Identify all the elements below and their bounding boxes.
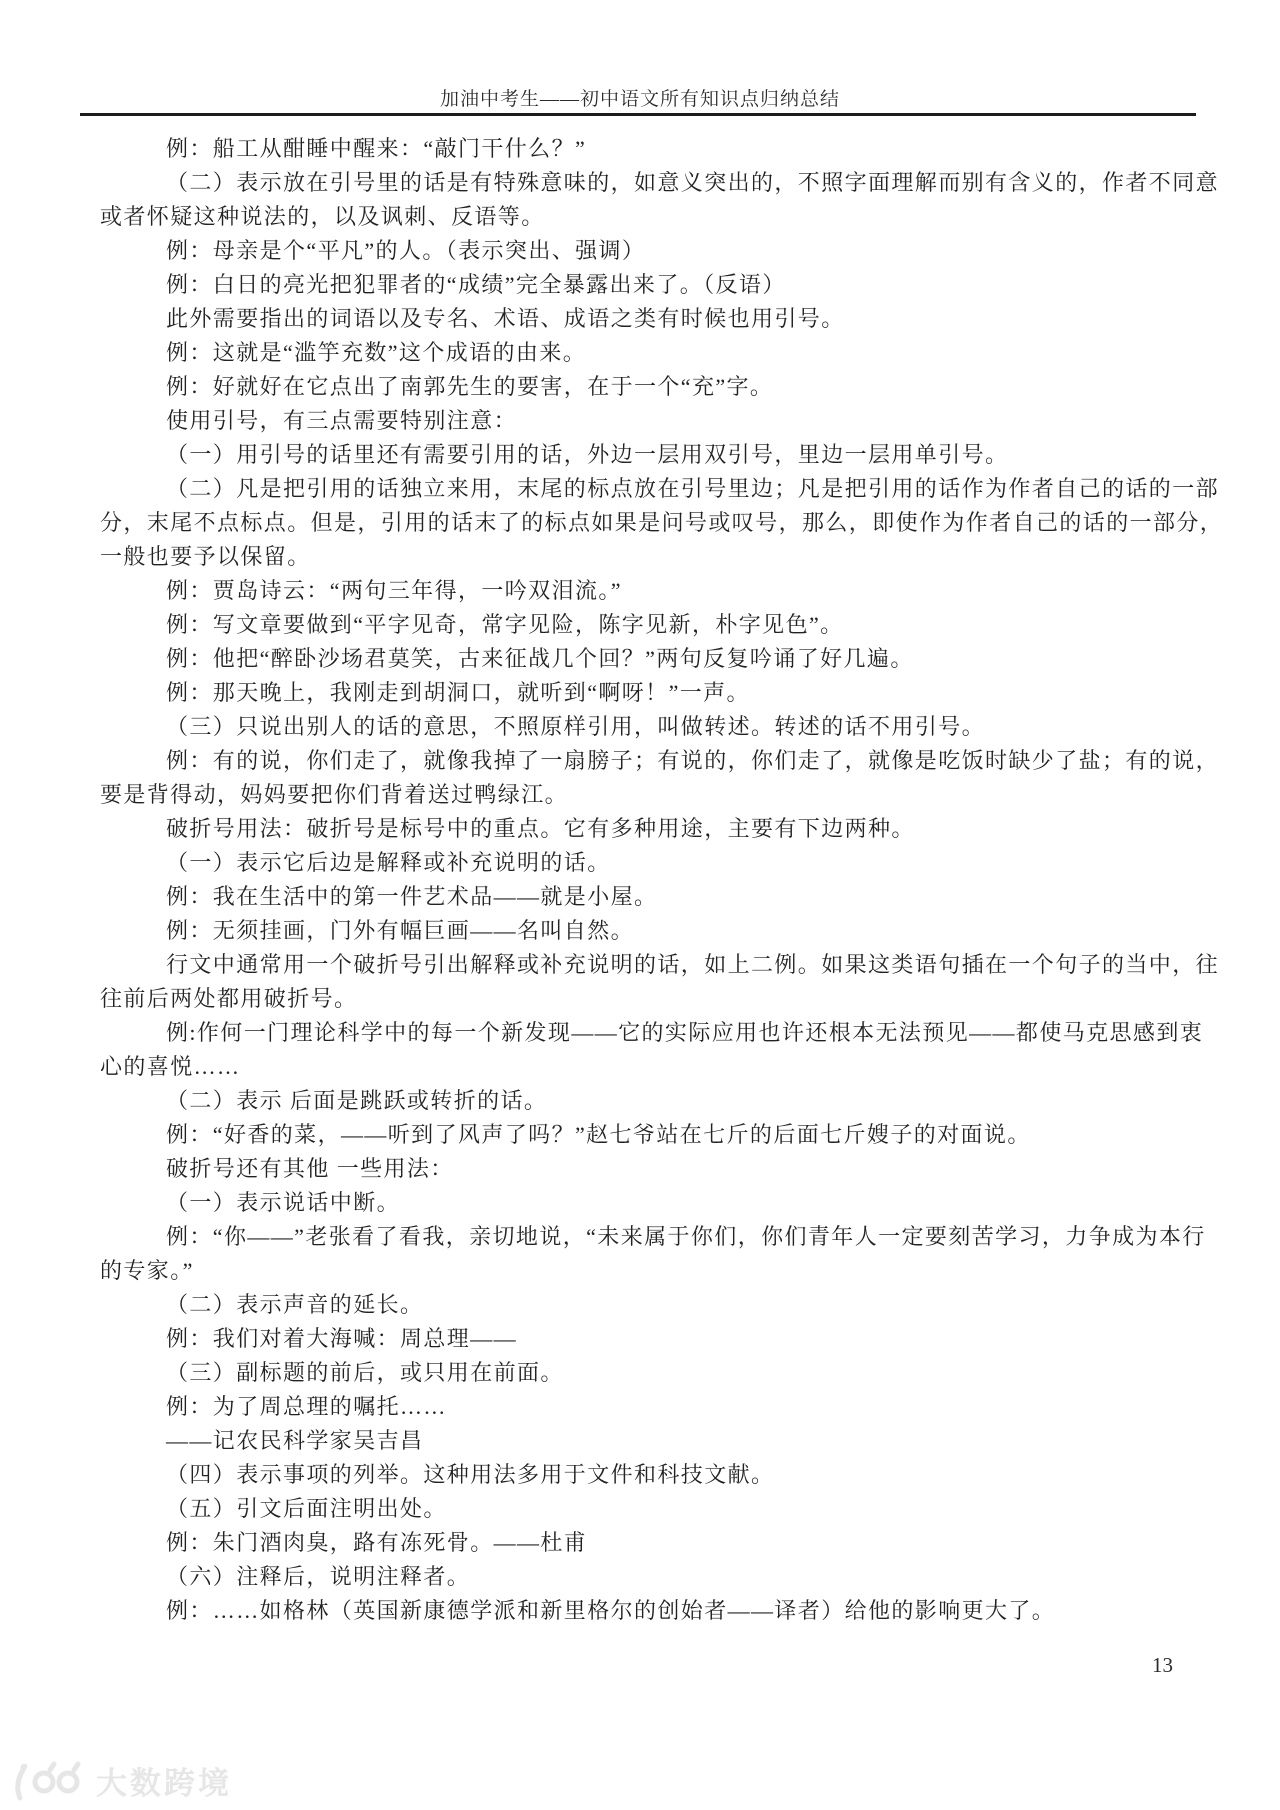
page-header-title: 加油中考生——初中语文所有知识点归纳总结 — [0, 84, 1280, 111]
text-line: （六）注释后，说明注释者。 — [100, 1560, 1230, 1594]
text-line: 的专家。” — [100, 1254, 1230, 1288]
watermark: 大数跨境 — [10, 1758, 232, 1803]
text-line: 行文中通常用一个破折号引出解释或补充说明的话，如上二例。如果这类语句插在一个句子… — [100, 948, 1230, 982]
text-line: 例：无须挂画，门外有幅巨画——名叫自然。 — [100, 914, 1230, 948]
text-line: 例：写文章要做到“平字见奇，常字见险，陈字见新，朴字见色”。 — [100, 608, 1230, 642]
text-line: 例：“你——”老张看了看我，亲切地说，“未来属于你们，你们青年人一定要刻苦学习，… — [100, 1220, 1230, 1254]
header-rule — [80, 113, 1196, 116]
text-line: （一）表示它后边是解释或补充说明的话。 — [100, 846, 1230, 880]
watermark-logo-icon — [10, 1760, 86, 1802]
document-body: 例：船工从酣睡中醒来：“敲门干什么？”（二）表示放在引号里的话是有特殊意味的，如… — [100, 132, 1230, 1628]
watermark-text: 大数跨境 — [96, 1758, 232, 1803]
text-line: （三）副标题的前后，或只用在前面。 — [100, 1356, 1230, 1390]
text-line: （三）只说出别人的话的意思，不照原样引用，叫做转述。转述的话不用引号。 — [100, 710, 1230, 744]
text-line: （二）表示 后面是跳跃或转折的话。 — [100, 1084, 1230, 1118]
text-line: 例：船工从酣睡中醒来：“敲门干什么？” — [100, 132, 1230, 166]
text-line: 往前后两处都用破折号。 — [100, 982, 1230, 1016]
text-line: 心的喜悦…… — [100, 1050, 1230, 1084]
text-line: 破折号还有其他 一些用法： — [100, 1152, 1230, 1186]
text-line: （二）表示声音的延长。 — [100, 1288, 1230, 1322]
text-line: （二）凡是把引用的话独立来用，末尾的标点放在引号里边；凡是把引用的话作为作者自己… — [100, 472, 1230, 506]
text-line: 例：为了周总理的嘱托…… — [100, 1390, 1230, 1424]
text-line: 例：母亲是个“平凡”的人。（表示突出、强调） — [100, 234, 1230, 268]
text-line: 例：好就好在它点出了南郭先生的要害，在于一个“充”字。 — [100, 370, 1230, 404]
text-line: 例：朱门酒肉臭，路有冻死骨。——杜甫 — [100, 1526, 1230, 1560]
text-line: 例：我们对着大海喊：周总理—— — [100, 1322, 1230, 1356]
text-line: 例：我在生活中的第一件艺术品——就是小屋。 — [100, 880, 1230, 914]
text-line: 例：有的说，你们走了，就像我掉了一扇膀子；有说的，你们走了，就像是吃饭时缺少了盐… — [100, 744, 1230, 778]
text-line: （四）表示事项的列举。这种用法多用于文件和科技文献。 — [100, 1458, 1230, 1492]
text-line: （五）引文后面注明出处。 — [100, 1492, 1230, 1526]
text-line: 分，末尾不点标点。但是，引用的话末了的标点如果是问号或叹号，那么，即使作为作者自… — [100, 506, 1230, 540]
text-line: 要是背得动，妈妈要把你们背着送过鸭绿江。 — [100, 778, 1230, 812]
text-line: 例:作何一门理论科学中的每一个新发现——它的实际应用也许还根本无法预见——都使马… — [100, 1016, 1230, 1050]
text-line: 例：他把“醉卧沙场君莫笑，古来征战几个回？”两句反复吟诵了好几遍。 — [100, 642, 1230, 676]
text-line: ——记农民科学家吴吉昌 — [100, 1424, 1230, 1458]
text-line: 一般也要予以保留。 — [100, 540, 1230, 574]
text-line: 例：白日的亮光把犯罪者的“成绩”完全暴露出来了。（反语） — [100, 268, 1230, 302]
text-line: （二）表示放在引号里的话是有特殊意味的，如意义突出的，不照字面理解而别有含义的，… — [100, 166, 1230, 200]
document-page: 加油中考生——初中语文所有知识点归纳总结 例：船工从酣睡中醒来：“敲门干什么？”… — [0, 0, 1280, 1810]
text-line: 例：这就是“滥竽充数”这个成语的由来。 — [100, 336, 1230, 370]
page-number: 13 — [1152, 1653, 1173, 1678]
text-line: 例：……如格林（英国新康德学派和新里格尔的创始者——译者）给他的影响更大了。 — [100, 1594, 1230, 1628]
text-line: （一）用引号的话里还有需要引用的话，外边一层用双引号，里边一层用单引号。 — [100, 438, 1230, 472]
text-line: 此外需要指出的词语以及专名、术语、成语之类有时候也用引号。 — [100, 302, 1230, 336]
text-line: 例：贾岛诗云：“两句三年得，一吟双泪流。” — [100, 574, 1230, 608]
text-line: 例：“好香的菜，——听到了风声了吗？”赵七爷站在七斤的后面七斤嫂子的对面说。 — [100, 1118, 1230, 1152]
text-line: （一）表示说话中断。 — [100, 1186, 1230, 1220]
text-line: 破折号用法：破折号是标号中的重点。它有多种用途，主要有下边两种。 — [100, 812, 1230, 846]
text-line: 例：那天晚上，我刚走到胡洞口，就听到“啊呀！”一声。 — [100, 676, 1230, 710]
text-line: 使用引号，有三点需要特别注意： — [100, 404, 1230, 438]
text-line: 或者怀疑这种说法的，以及讽刺、反语等。 — [100, 200, 1230, 234]
